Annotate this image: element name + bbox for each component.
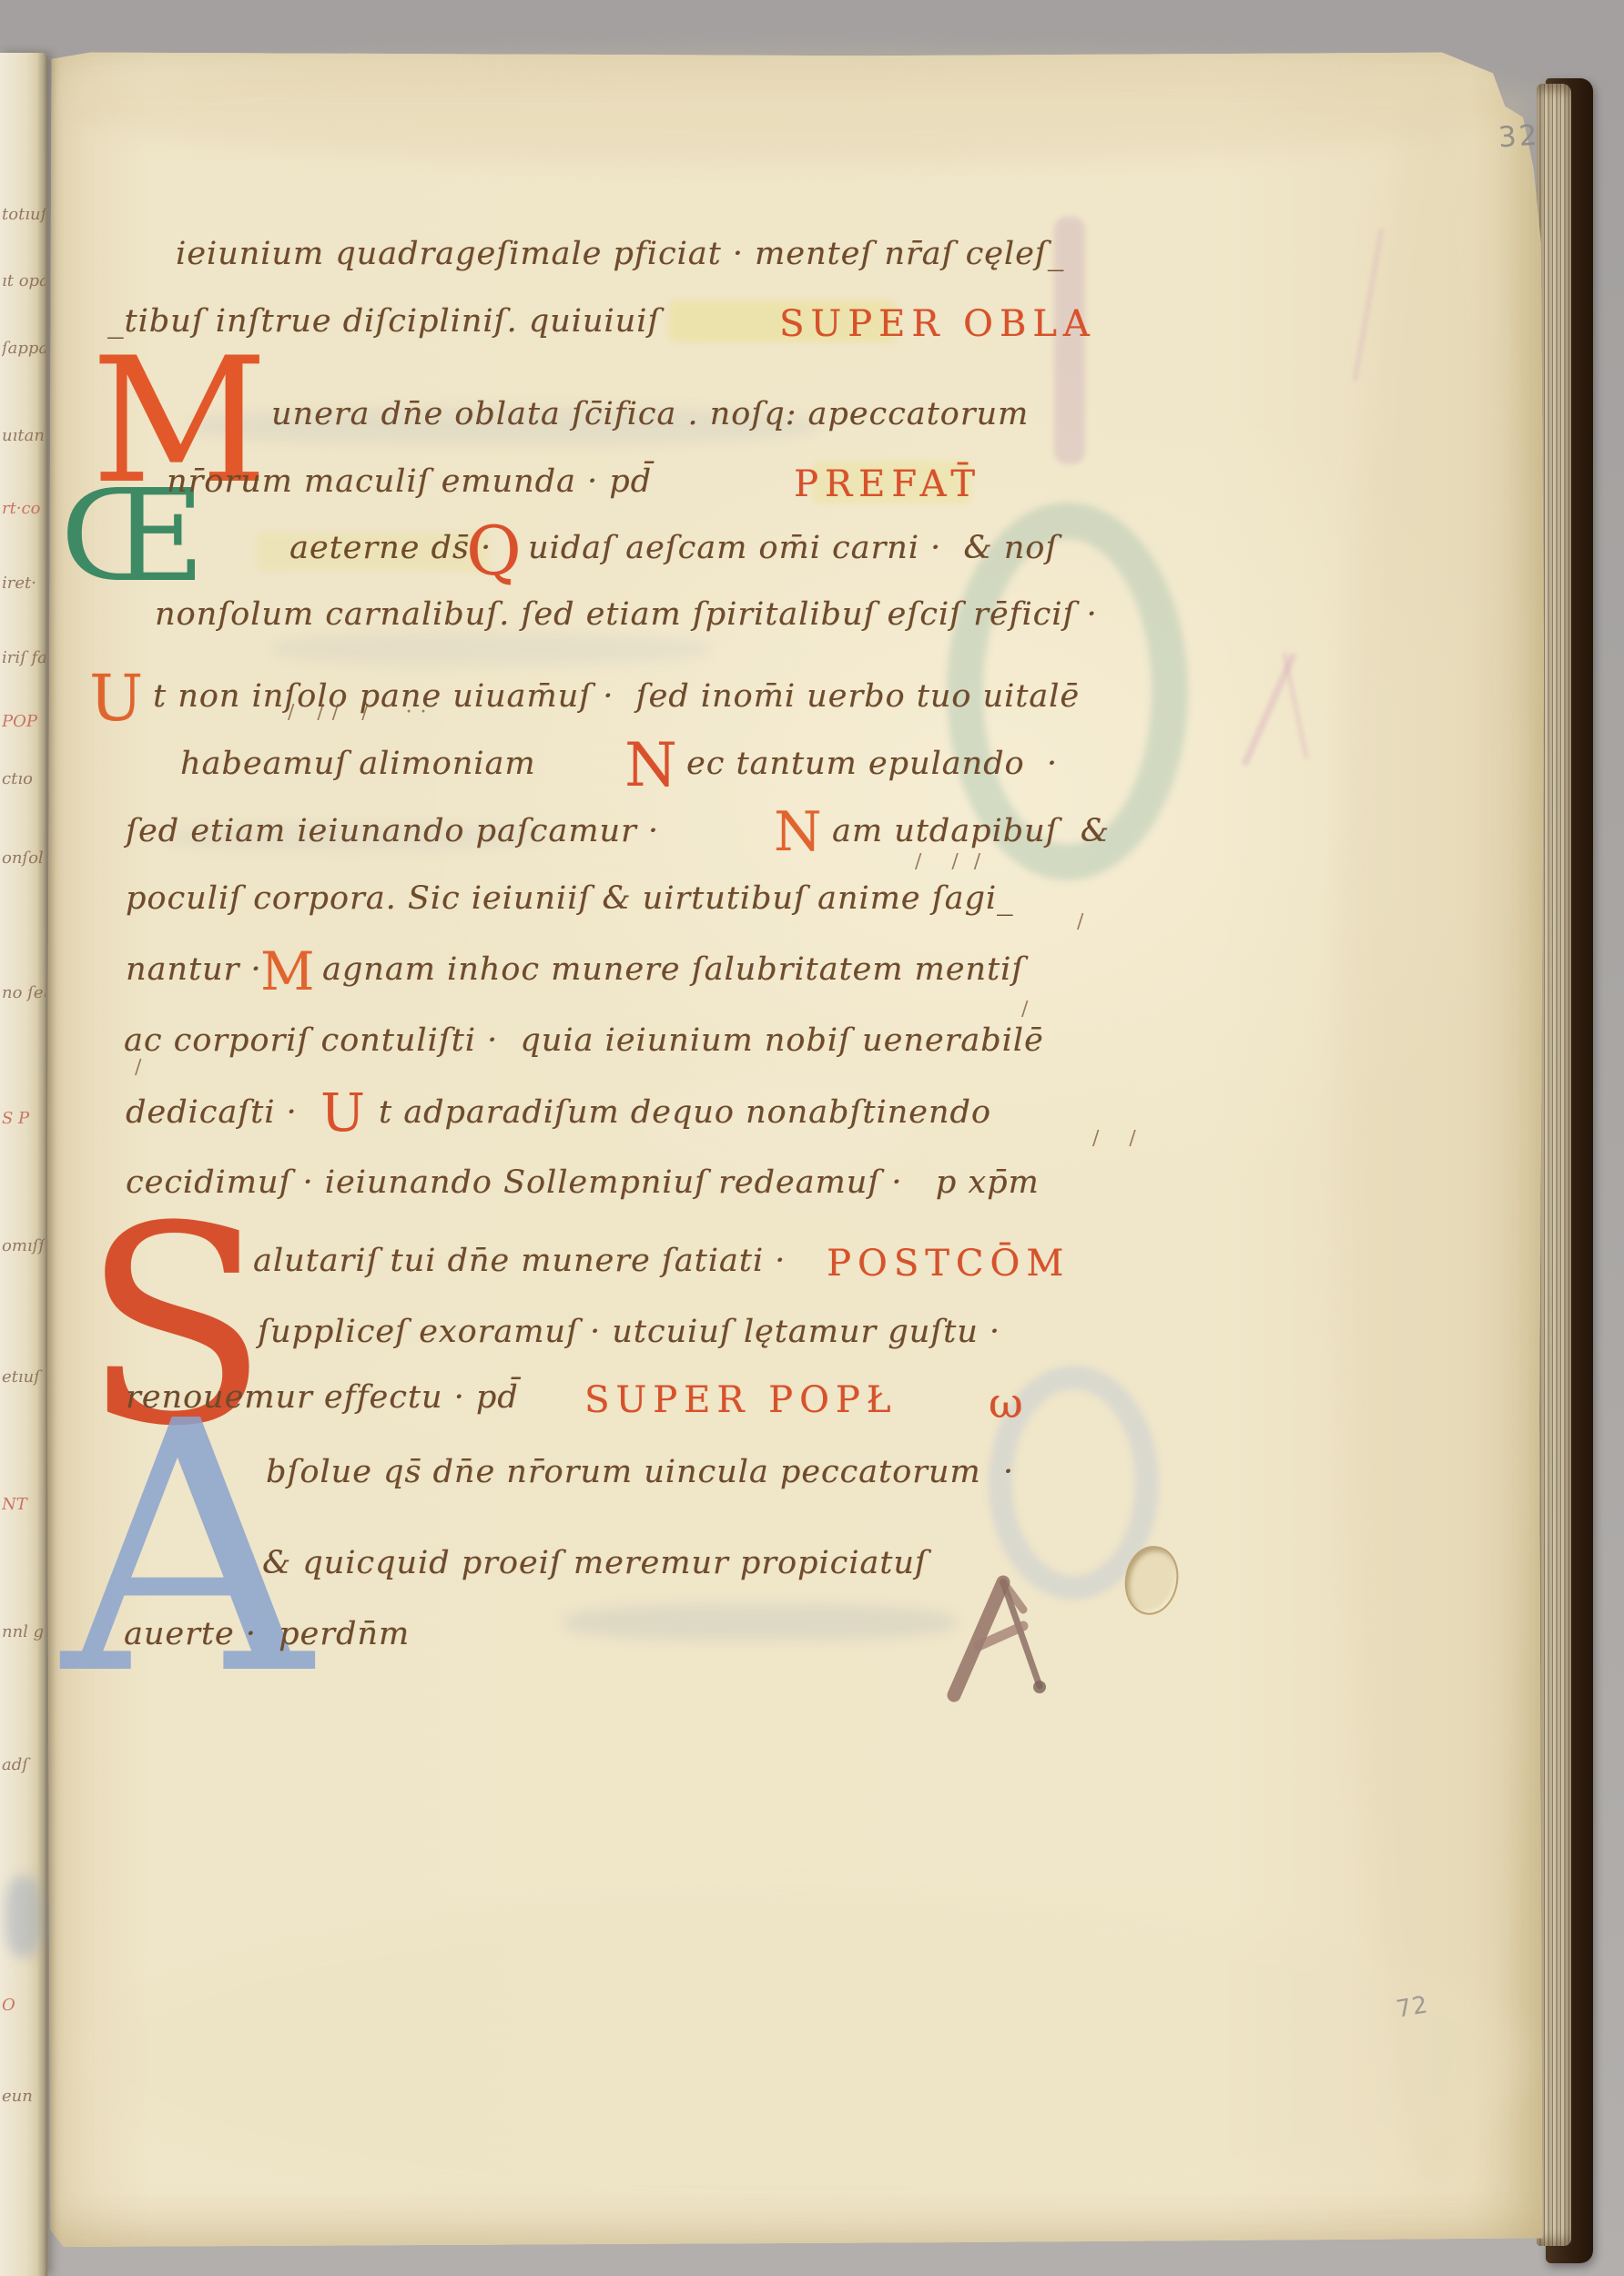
edge-text-fragment: O [2,1996,46,2015]
edge-text-fragment: uıtan [2,426,46,445]
edge-text-fragment: S P [2,1109,46,1128]
edge-text-fragment: ctıo [2,769,46,788]
manuscript-page [46,49,1544,2247]
edge-text-fragment: totıuſ [2,205,46,224]
manuscript-photo: { "marginalia": { "folio_number": "32", … [0,0,1624,2276]
edge-text-fragment: etıuſ [2,1367,46,1387]
pencil-note: 72 [1395,1991,1431,2024]
edge-text-fragment: rt·co [2,499,46,518]
edge-text-fragment: adſ [2,1755,46,1774]
edge-text-fragment: no ſeq [2,983,46,1002]
edge-text-fragment: iret· [2,574,46,593]
edge-text-fragment: ſappar [2,339,46,358]
edge-text-fragment: iriſ fac [2,648,46,667]
edge-text-fragment: ıt opa [2,271,46,290]
edge-text-fragment: nnl g [2,1622,46,1641]
folio-number: 32 [1497,118,1541,154]
edge-text-fragment: onſol [2,848,46,868]
edge-text-fragment: omıſſ [2,1236,46,1255]
previous-page-edge-strip: totıuſıt opaſapparuıtanrt·coiret·iriſ fa… [0,53,47,2276]
edge-text-fragment: POP [2,712,46,731]
marginal-a-sketch [929,1570,1065,1706]
edge-text-fragment: NT [2,1495,46,1514]
edge-text-fragment: eun [2,2087,46,2106]
